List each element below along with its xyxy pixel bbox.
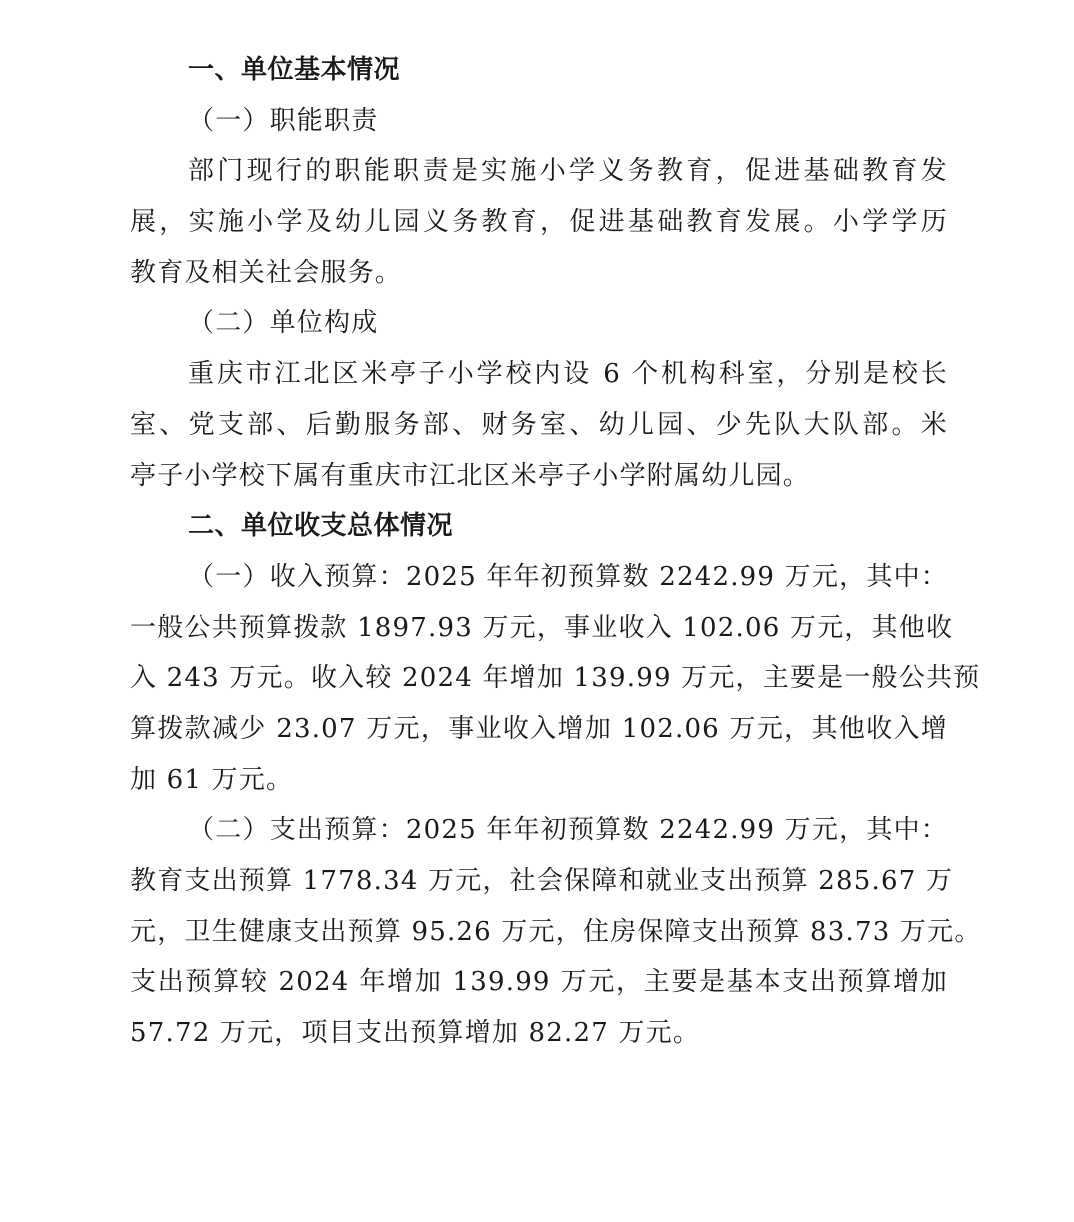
paragraph-line: 加 61 万元。 bbox=[130, 755, 948, 806]
paragraph-line: 57.72 万元，项目支出预算增加 82.27 万元。 bbox=[130, 1008, 948, 1059]
paragraph-line: 一般公共预算拨款 1897.93 万元，事业收入 102.06 万元，其他收 bbox=[130, 603, 948, 654]
paragraph-line-income-budget: （一）收入预算：2025 年年初预算数 2242.99 万元，其中： bbox=[130, 552, 948, 603]
paragraph-line: 重庆市江北区米亭子小学校内设 6 个机构科室，分别是校长 bbox=[130, 349, 948, 400]
paragraph-line: 部门现行的职能职责是实施小学义务教育，促进基础教育发 bbox=[130, 146, 948, 197]
paragraph-line: 元，卫生健康支出预算 95.26 万元，住房保障支出预算 83.73 万元。 bbox=[130, 907, 948, 958]
paragraph-line: 教育及相关社会服务。 bbox=[130, 248, 948, 299]
paragraph-line: 支出预算较 2024 年增加 139.99 万元，主要是基本支出预算增加 bbox=[130, 957, 948, 1008]
paragraph-line: 算拨款减少 23.07 万元，事业收入增加 102.06 万元，其他收入增 bbox=[130, 704, 948, 755]
paragraph-line: 亭子小学校下属有重庆市江北区米亭子小学附属幼儿园。 bbox=[130, 451, 948, 502]
subsection-heading-functions: （一）职能职责 bbox=[130, 96, 948, 147]
paragraph-line: 室、党支部、后勤服务部、财务室、幼儿园、少先队大队部。米 bbox=[130, 400, 948, 451]
section-heading-basic-info: 一、单位基本情况 bbox=[130, 45, 948, 96]
paragraph-line: 入 243 万元。收入较 2024 年增加 139.99 万元，主要是一般公共预 bbox=[130, 653, 948, 704]
subsection-heading-composition: （二）单位构成 bbox=[130, 298, 948, 349]
section-heading-budget-overview: 二、单位收支总体情况 bbox=[130, 501, 948, 552]
paragraph-line-expenditure-budget: （二）支出预算：2025 年年初预算数 2242.99 万元，其中： bbox=[130, 805, 948, 856]
paragraph-line: 展，实施小学及幼儿园义务教育，促进基础教育发展。小学学历 bbox=[130, 197, 948, 248]
paragraph-line: 教育支出预算 1778.34 万元，社会保障和就业支出预算 285.67 万 bbox=[130, 856, 948, 907]
document-page: 一、单位基本情况 （一）职能职责 部门现行的职能职责是实施小学义务教育，促进基础… bbox=[130, 45, 948, 1059]
